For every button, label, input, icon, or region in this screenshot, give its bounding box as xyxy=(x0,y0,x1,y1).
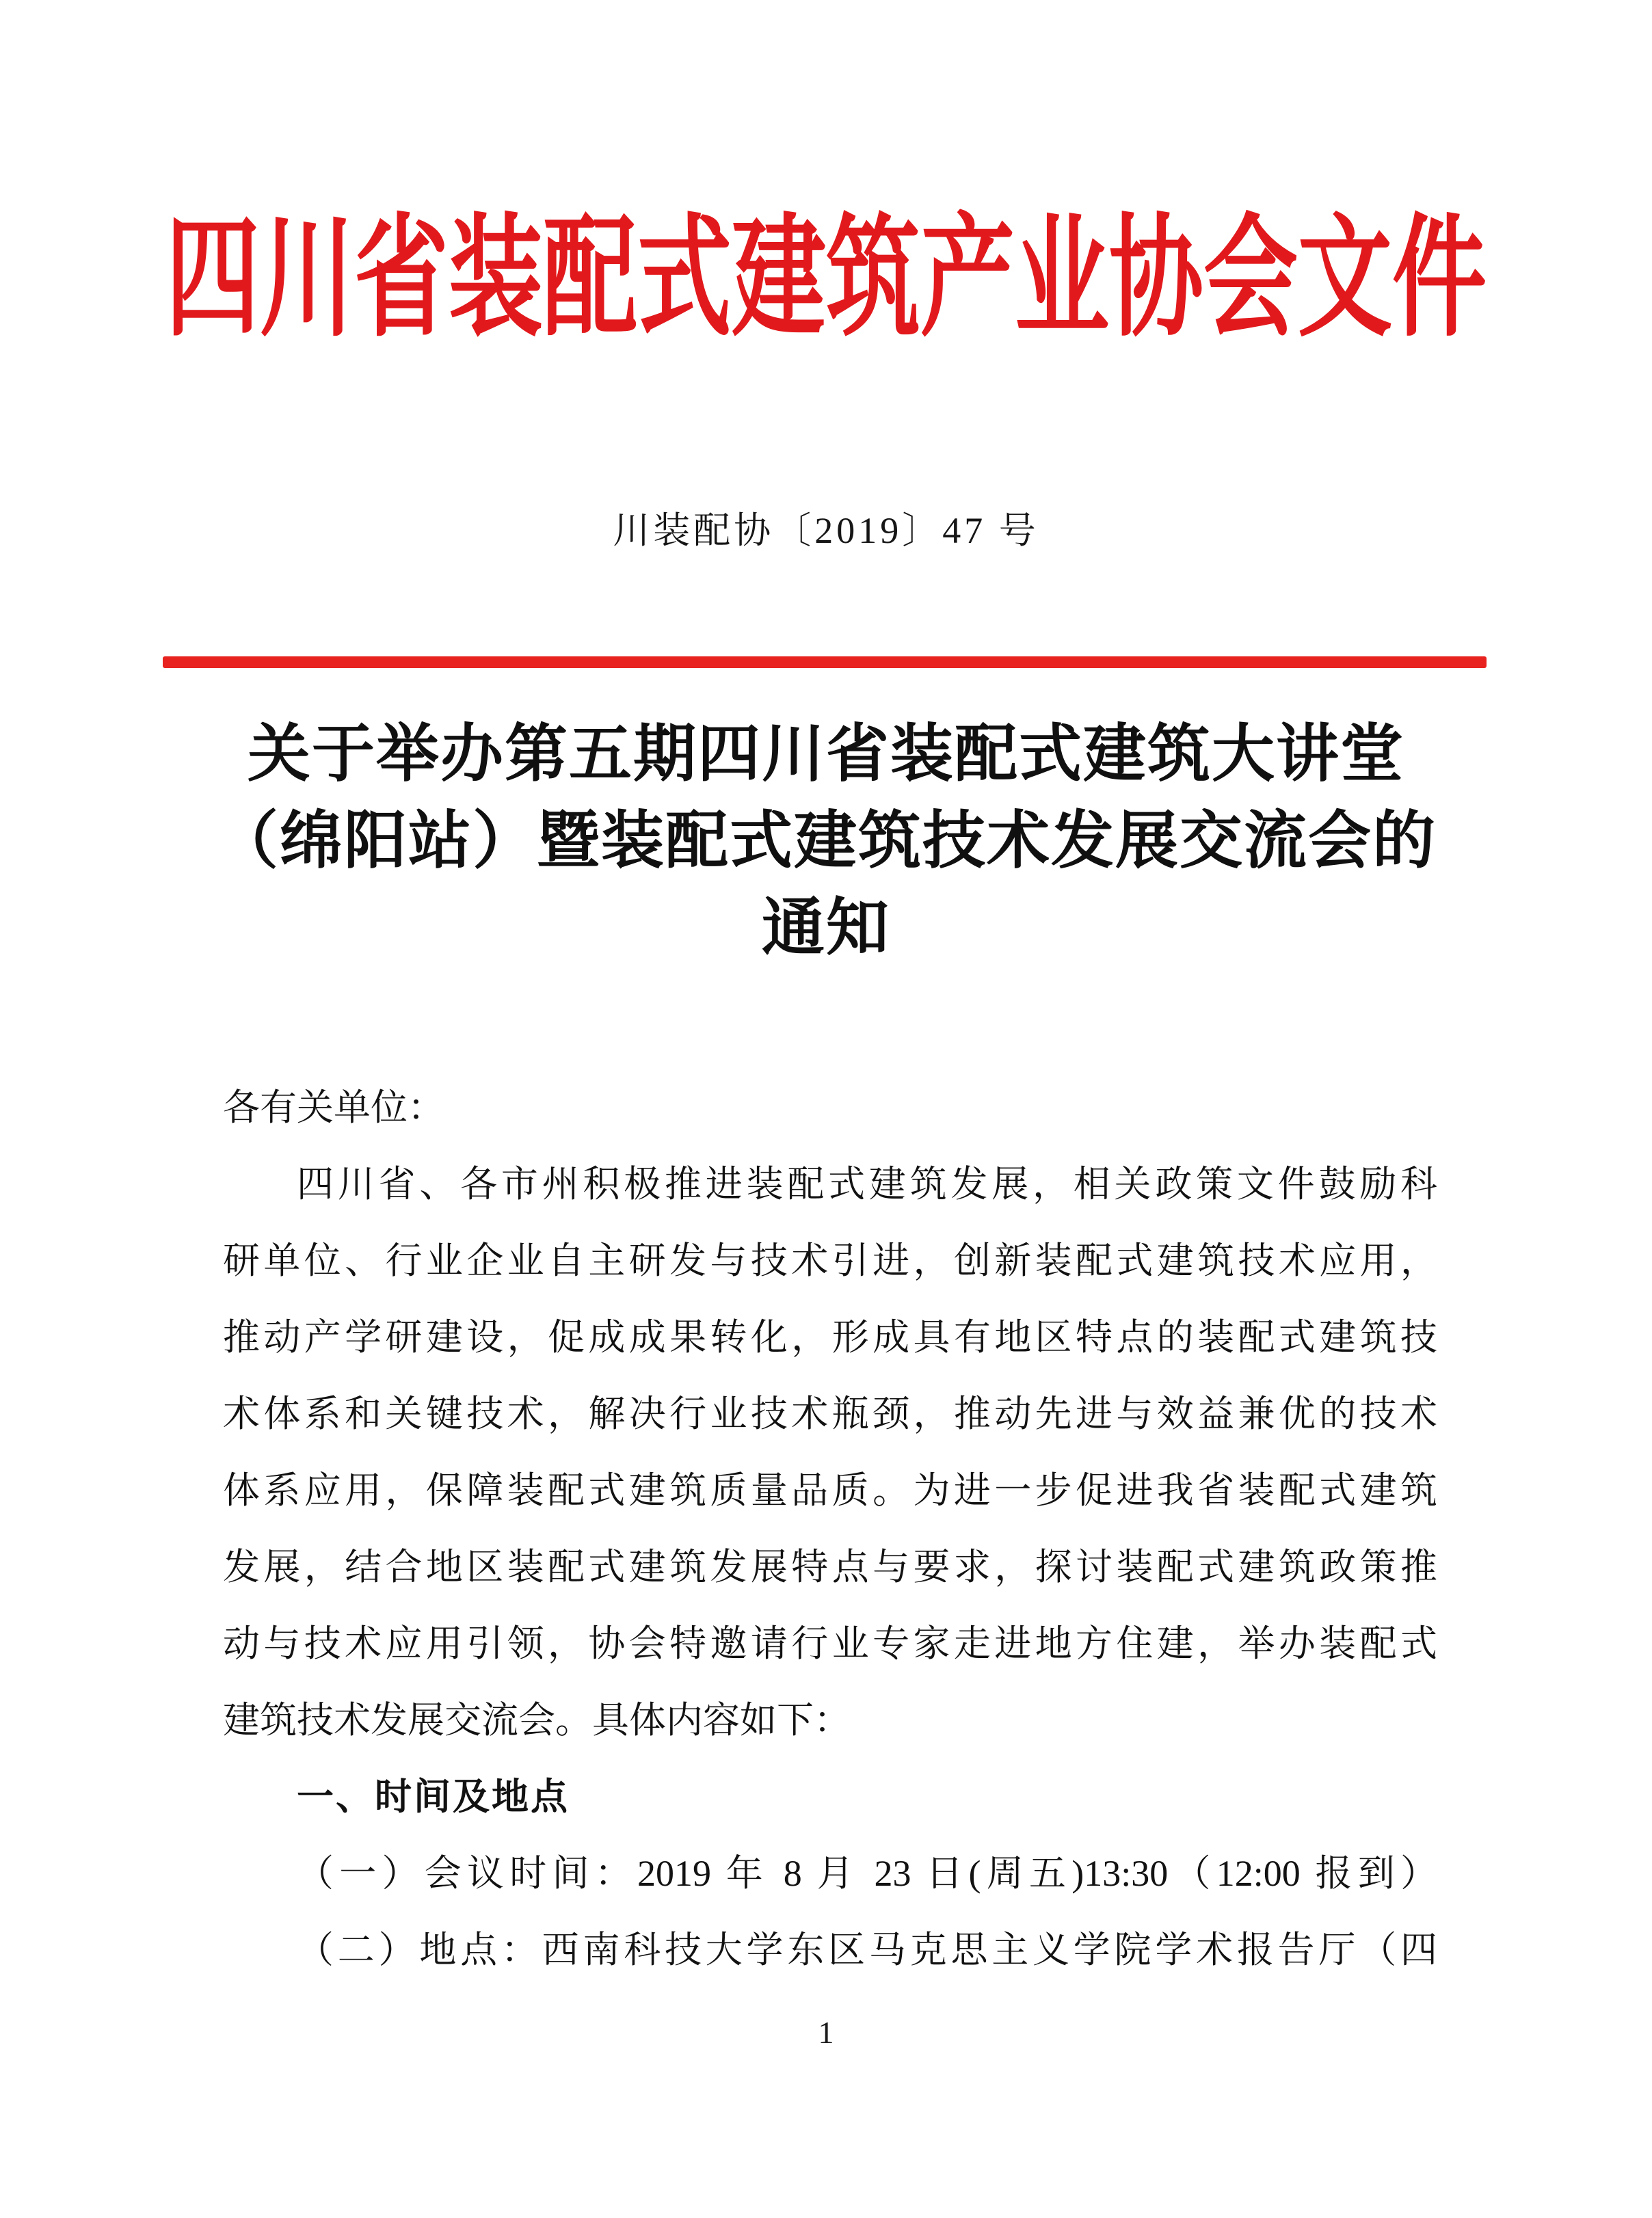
salutation: 各有关单位： xyxy=(223,1069,1437,1146)
document-page: 四川省装配式建筑产业协会文件 川装配协〔2019〕47 号 关于举办第五期四川省… xyxy=(0,0,1652,2218)
paragraph-line: 研单位、行业企业自主研发与技术引进，创新装配式建筑技术应用， xyxy=(223,1222,1437,1299)
document-title-line-3: 通知 xyxy=(0,885,1652,972)
document-title: 关于举办第五期四川省装配式建筑大讲堂 （绵阳站）暨装配式建筑技术发展交流会的 通… xyxy=(0,711,1652,972)
section-heading-time-and-place: 一、时间及地点 xyxy=(223,1759,1437,1835)
paragraph-line: 建筑技术发展交流会。具体内容如下： xyxy=(223,1682,1437,1759)
paragraph-line: 发展，结合地区装配式建筑发展特点与要求，探讨装配式建筑政策推 xyxy=(223,1529,1437,1605)
paragraph-line: 术体系和关键技术，解决行业技术瓶颈，推动先进与效益兼优的技术 xyxy=(223,1376,1437,1452)
document-title-line-2: （绵阳站）暨装配式建筑技术发展交流会的 xyxy=(0,798,1652,885)
org-header-title: 四川省装配式建筑产业协会文件 xyxy=(0,213,1652,345)
meeting-time-item: （一）会议时间：2019 年 8 月 23 日(周五)13:30（12:00 报… xyxy=(223,1835,1437,1912)
document-body: 各有关单位： 四川省、各市州积极推进装配式建筑发展，相关政策文件鼓励科 研单位、… xyxy=(223,1069,1437,1988)
document-title-line-1: 关于举办第五期四川省装配式建筑大讲堂 xyxy=(0,711,1652,798)
document-number: 川装配协〔2019〕47 号 xyxy=(0,501,1652,554)
red-divider-line xyxy=(163,656,1487,668)
paragraph-line: 推动产学研建设，促成成果转化，形成具有地区特点的装配式建筑技 xyxy=(223,1299,1437,1376)
paragraph-line: 体系应用，保障装配式建筑质量品质。为进一步促进我省装配式建筑 xyxy=(223,1452,1437,1529)
page-number: 1 xyxy=(0,2014,1652,2050)
paragraph-line: 四川省、各市州积极推进装配式建筑发展，相关政策文件鼓励科 xyxy=(223,1146,1437,1222)
meeting-place-item: （二）地点：西南科技大学东区马克思主义学院学术报告厅（四 xyxy=(223,1912,1437,1988)
paragraph-line: 动与技术应用引领，协会特邀请行业专家走进地方住建，举办装配式 xyxy=(223,1605,1437,1682)
